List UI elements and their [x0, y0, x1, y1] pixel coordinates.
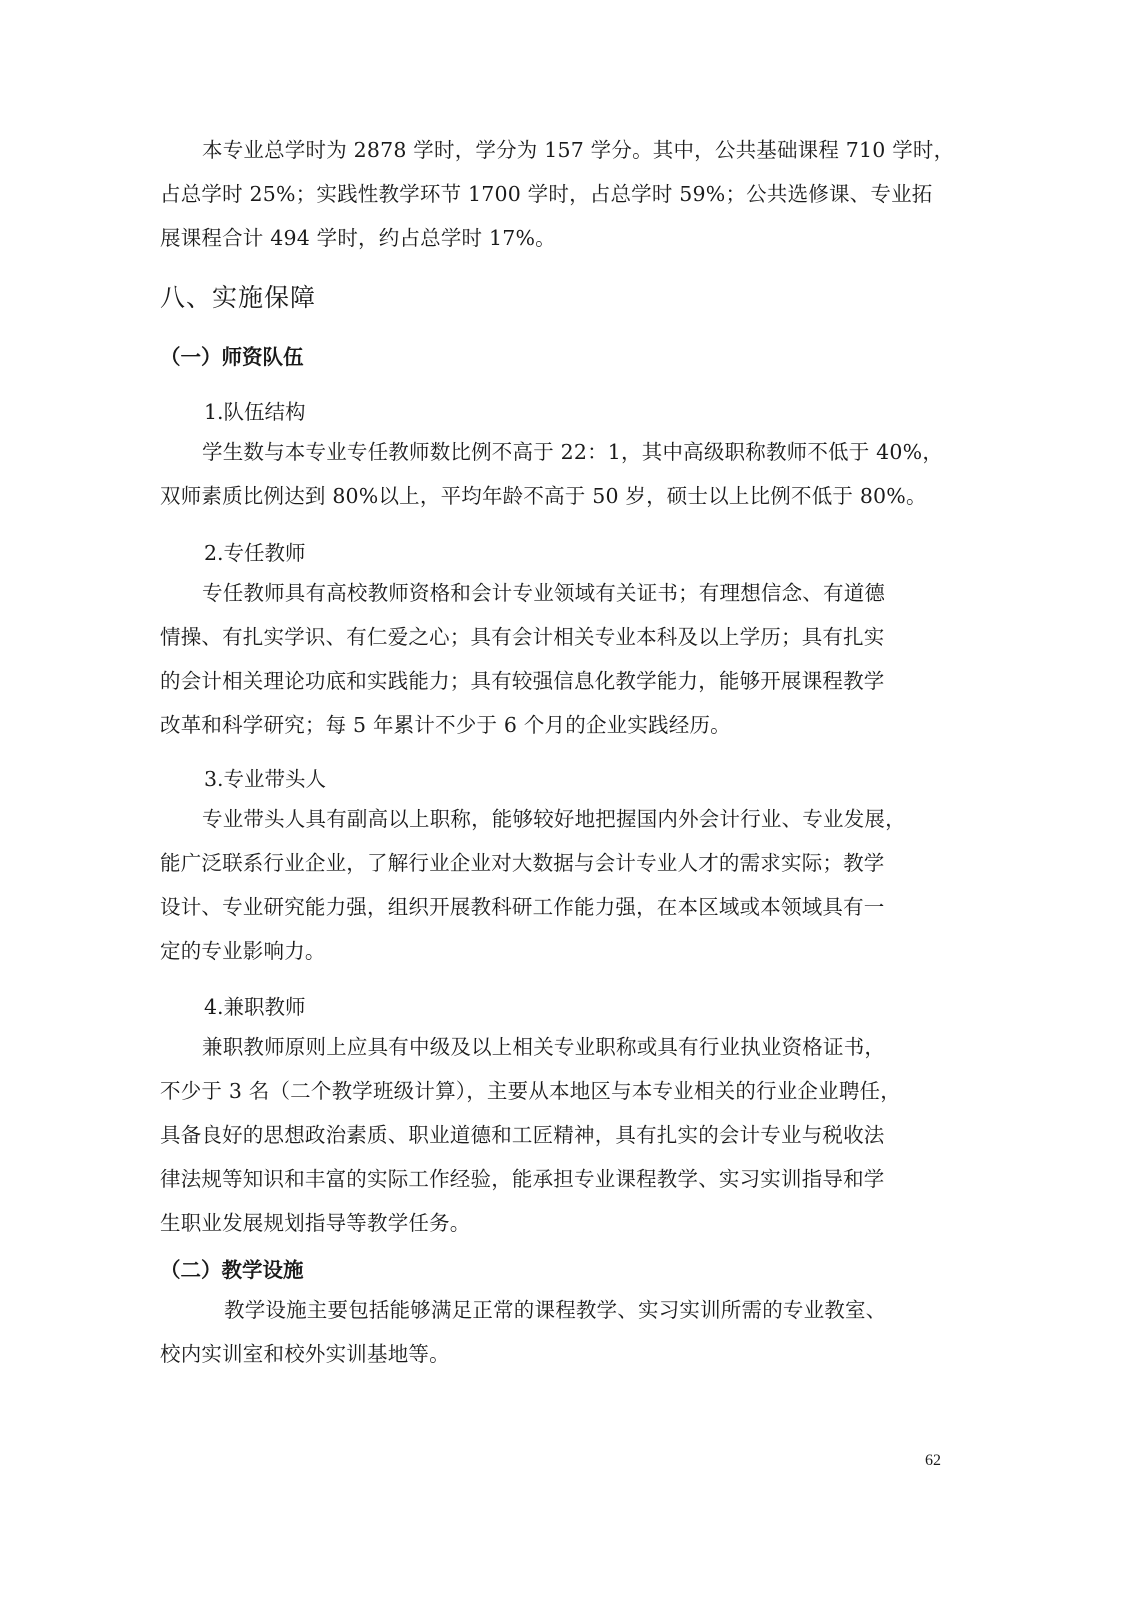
text-line: 校内实训室和校外实训基地等。	[160, 1332, 950, 1376]
paragraph-program-leader: 专业带头人具有副高以上职称，能够较好地把握国内外会计行业、专业发展， 能广泛联系…	[160, 797, 950, 973]
text-line: 生职业发展规划指导等教学任务。	[160, 1201, 950, 1245]
paragraph-parttime-teachers: 兼职教师原则上应具有中级及以上相关专业职称或具有行业执业资格证书， 不少于 3 …	[160, 1025, 950, 1245]
subsection-title-facilities: （二）教学设施	[160, 1253, 950, 1283]
text-line: 的会计相关理论功底和实践能力；具有较强信息化教学能力，能够开展课程教学	[160, 659, 950, 703]
text-line: 定的专业影响力。	[160, 929, 950, 973]
text-line: 情操、有扎实学识、有仁爱之心；具有会计相关专业本科及以上学历；具有扎实	[160, 615, 950, 659]
intro-paragraph: 本专业总学时为 2878 学时，学分为 157 学分。其中，公共基础课程 710…	[160, 128, 950, 260]
text-line: 律法规等知识和丰富的实际工作经验，能承担专业课程教学、实习实训指导和学	[160, 1157, 950, 1201]
text-line: 设计、专业研究能力强，组织开展教科研工作能力强，在本区域或本领域具有一	[160, 885, 950, 929]
document-page: 本专业总学时为 2878 学时，学分为 157 学分。其中，公共基础课程 710…	[0, 0, 1131, 1600]
subsection-title-faculty: （一）师资队伍	[160, 340, 950, 370]
paragraph-team-structure: 学生数与本专业专任教师数比例不高于 22：1，其中高级职称教师不低于 40%， …	[160, 430, 950, 518]
text-line: 教学设施主要包括能够满足正常的课程教学、实习实训所需的专业教室、	[160, 1288, 950, 1332]
paragraph-facilities: 教学设施主要包括能够满足正常的课程教学、实习实训所需的专业教室、 校内实训室和校…	[160, 1288, 950, 1376]
text-line: 学生数与本专业专任教师数比例不高于 22：1，其中高级职称教师不低于 40%，	[160, 430, 950, 474]
text-line: 具备良好的思想政治素质、职业道德和工匠精神，具有扎实的会计专业与税收法	[160, 1113, 950, 1157]
text-line: 能广泛联系行业企业，了解行业企业对大数据与会计专业人才的需求实际；教学	[160, 841, 950, 885]
item-heading-fulltime-teachers: 2.专任教师	[160, 536, 994, 566]
text-line: 不少于 3 名（二个教学班级计算），主要从本地区与本专业相关的行业企业聘任，	[160, 1069, 950, 1113]
text-line: 占总学时 25%；实践性教学环节 1700 学时，占总学时 59%；公共选修课、…	[160, 172, 950, 216]
item-heading-program-leader: 3.专业带头人	[160, 762, 994, 792]
page-number: 62	[925, 1452, 941, 1470]
text-line: 双师素质比例达到 80%以上，平均年龄不高于 50 岁，硕士以上比例不低于 80…	[160, 474, 950, 518]
text-line: 展课程合计 494 学时，约占总学时 17%。	[160, 216, 950, 260]
text-line: 兼职教师原则上应具有中级及以上相关专业职称或具有行业执业资格证书，	[160, 1025, 950, 1069]
text-line: 专任教师具有高校教师资格和会计专业领域有关证书；有理想信念、有道德	[160, 571, 950, 615]
text-line: 专业带头人具有副高以上职称，能够较好地把握国内外会计行业、专业发展，	[160, 797, 950, 841]
text-line: 改革和科学研究；每 5 年累计不少于 6 个月的企业实践经历。	[160, 703, 950, 747]
section-title: 八、实施保障	[160, 278, 950, 314]
text-line: 本专业总学时为 2878 学时，学分为 157 学分。其中，公共基础课程 710…	[160, 128, 950, 172]
item-heading-team-structure: 1.队伍结构	[160, 395, 994, 425]
item-heading-parttime-teachers: 4.兼职教师	[160, 990, 994, 1020]
paragraph-fulltime-teachers: 专任教师具有高校教师资格和会计专业领域有关证书；有理想信念、有道德 情操、有扎实…	[160, 571, 950, 747]
